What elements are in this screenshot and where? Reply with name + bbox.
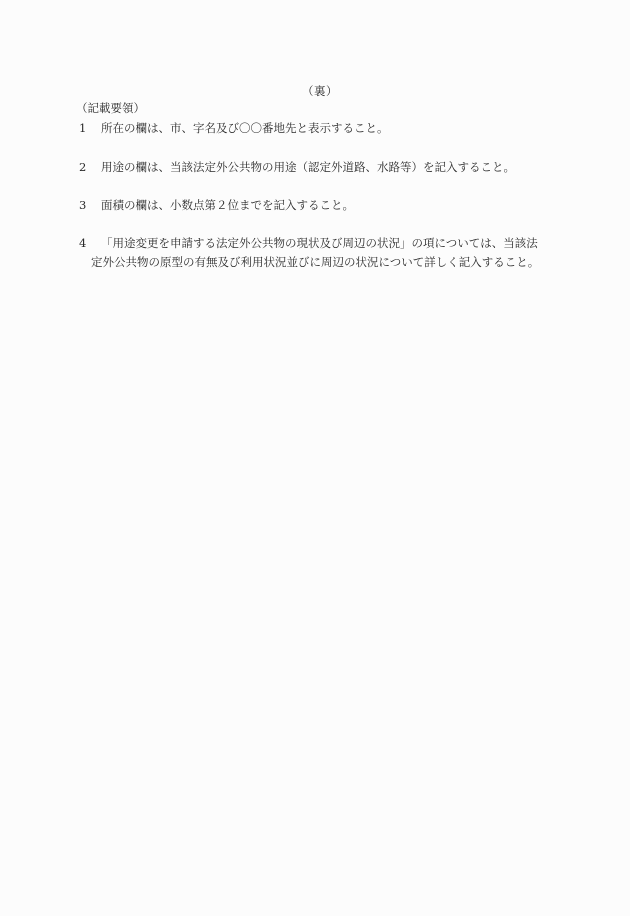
item-number: 2 — [79, 158, 101, 177]
instruction-item-4: 4「用途変更を申請する法定外公共物の現状及び周辺の状況」の項については、当該法 … — [79, 234, 539, 272]
instruction-item-2: 2用途の欄は、当該法定外公共物の用途（認定外道路、水路等）を記入すること。 — [79, 158, 515, 177]
section-title: （記載要領） — [76, 101, 145, 115]
item-text: 面積の欄は、小数点第２位までを記入すること。 — [101, 198, 354, 212]
document-page: （裏） （記載要領） 1所在の欄は、市、字名及び〇〇番地先と表示すること。 2用… — [0, 0, 630, 916]
item-number: 1 — [79, 119, 101, 138]
item-number: 4 — [79, 234, 101, 253]
item-text-continued: 定外公共物の原型の有無及び利用状況並びに周辺の状況について詳しく記入すること。 — [79, 253, 539, 272]
item-text: 「用途変更を申請する法定外公共物の現状及び周辺の状況」の項については、当該法 — [101, 236, 538, 250]
item-number: 3 — [79, 196, 101, 215]
item-text: 用途の欄は、当該法定外公共物の用途（認定外道路、水路等）を記入すること。 — [101, 160, 515, 174]
instruction-item-1: 1所在の欄は、市、字名及び〇〇番地先と表示すること。 — [79, 119, 389, 138]
instruction-item-3: 3面積の欄は、小数点第２位までを記入すること。 — [79, 196, 354, 215]
page-side-label: （裏） — [302, 84, 338, 98]
item-text: 所在の欄は、市、字名及び〇〇番地先と表示すること。 — [101, 121, 389, 135]
